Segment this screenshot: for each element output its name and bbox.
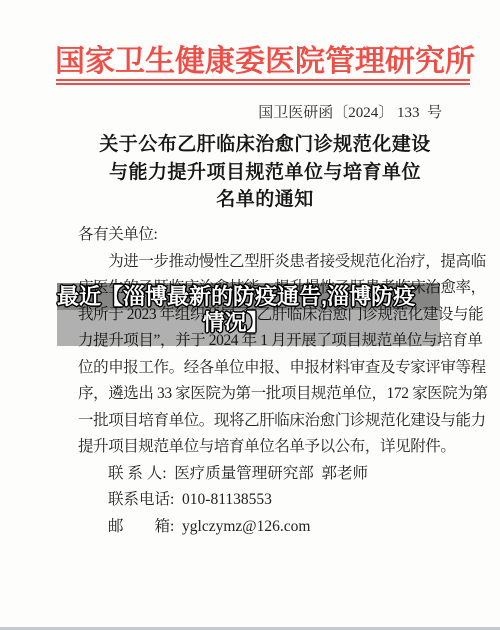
body-line: 一批项目培育单位。现将乙肝临床治愈门诊规范化建设与能力 (78, 408, 460, 435)
caption-overlay: 最近【淄博最新的防疫通告,淄博防疫 情况】 (57, 283, 440, 346)
body-line: 为进一步推动慢性乙型肝炎患者接受规范化治疗，提高临 (78, 249, 460, 276)
body-line: 序，遴选出 33 家医院为第一批项目规范单位，172 家医院为第 (78, 381, 460, 408)
contact-person-line: 联 系 人: 医疗质量管理研究部 郭老师 (108, 461, 460, 488)
caption-line-2: 情况】 (57, 310, 440, 346)
title-line-3: 名单的通知 (30, 186, 500, 214)
body-line: 提升项目规范单位与培育单位名单予以公布，详见附件。 (78, 434, 460, 461)
document-body: 各有关单位: 为进一步推动慢性乙型肝炎患者接受规范化治疗，提高临 床医生的乙肝临… (78, 222, 460, 540)
red-divider-line (56, 79, 470, 85)
document-title: 关于公布乙肝临床治愈门诊规范化建设 与能力提升项目规范单位与培育单位 名单的通知 (30, 131, 500, 214)
document-ref-number: 国卫医研函〔2024〕 133 号 (258, 101, 442, 122)
salutation: 各有关单位: (78, 222, 460, 249)
title-line-2: 与能力提升项目规范单位与培育单位 (30, 159, 500, 187)
contact-email-line: 邮 箱: yglczymz@126.com (108, 514, 460, 541)
title-line-1: 关于公布乙肝临床治愈门诊规范化建设 (30, 131, 500, 159)
issuing-agency-letterhead: 国家卫生健康委医院管理研究所 (30, 36, 500, 80)
contact-phone-line: 联系电话: 010-81138553 (108, 487, 460, 514)
body-line: 位的申报工作。经各单位申报、申报材料审查及专家评审等程 (78, 355, 460, 382)
document-photo: 国家卫生健康委医院管理研究所 国卫医研函〔2024〕 133 号 关于公布乙肝临… (0, 0, 500, 630)
caption-line-1: 最近【淄博最新的防疫通告,淄博防疫 (57, 283, 440, 310)
